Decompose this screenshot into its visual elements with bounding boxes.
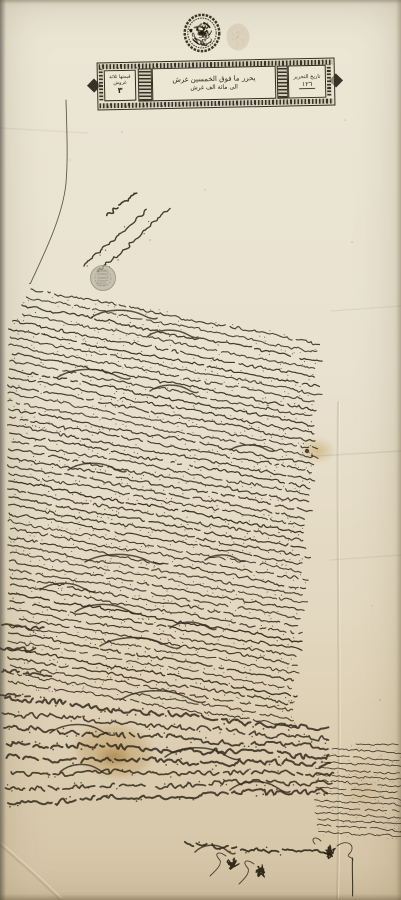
signature-flourish-tail bbox=[30, 100, 68, 284]
manuscript-photo: قيمتها ثلاثة غروش ٣ يحرر ما فوق الخمسين … bbox=[0, 0, 401, 900]
paper-edge-right bbox=[396, 0, 401, 900]
qadi-signature-3 bbox=[106, 192, 139, 217]
seal-knots bbox=[210, 838, 353, 896]
closing-lines-block bbox=[2, 691, 333, 855]
manuscript-ink-artwork bbox=[0, 0, 401, 900]
paper-edge-left bbox=[0, 0, 6, 900]
circular-ink-stamp bbox=[185, 15, 220, 51]
blind-embossed-seal bbox=[227, 24, 250, 51]
paper-edge-bottom bbox=[0, 894, 401, 900]
ink-spots bbox=[305, 449, 324, 764]
gray-round-seal bbox=[91, 266, 116, 291]
paper-edge-top bbox=[0, 0, 401, 4]
main-text-block bbox=[0, 289, 322, 728]
